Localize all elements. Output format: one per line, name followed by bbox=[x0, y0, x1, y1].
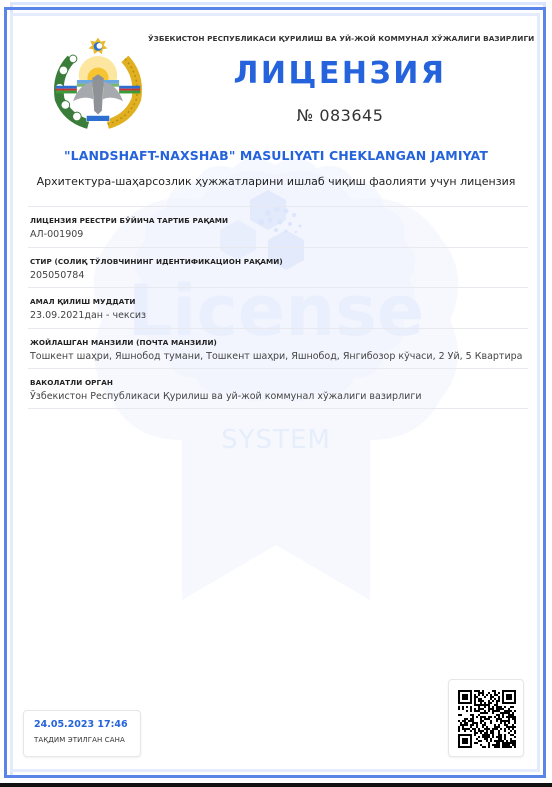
field-registry-number: ЛИЦЕНЗИЯ РЕЕСТРИ БЎЙИЧА ТАРТИБ РАҚАМИ АЛ… bbox=[28, 206, 528, 247]
field-label: ЛИЦЕНЗИЯ РЕЕСТРИ БЎЙИЧА ТАРТИБ РАҚАМИ bbox=[30, 216, 526, 225]
field-value: Тошкент шаҳри, Яшнобод тумани, Тошкент ш… bbox=[30, 351, 526, 362]
license-number: № 083645 bbox=[148, 106, 532, 125]
qr-code-icon[interactable] bbox=[458, 690, 516, 748]
company-name: "LANDSHAFT-NAXSHAB" MASULIYATI CHEKLANGA… bbox=[20, 148, 532, 163]
field-tin: СТИР (СОЛИҚ ТЎЛОВЧИНИНГ ИДЕНТИФИКАЦИОН Р… bbox=[28, 247, 528, 288]
field-value: Ўзбекистон Республикаси Қурилиш ва уй-жо… bbox=[30, 391, 526, 402]
field-label: АМАЛ ҚИЛИШ МУДДАТИ bbox=[30, 297, 526, 306]
bottom-edge bbox=[0, 783, 552, 787]
submitted-date: 24.05.2023 17:46 bbox=[34, 719, 140, 730]
field-validity: АМАЛ ҚИЛИШ МУДДАТИ 23.09.2021дан - чекси… bbox=[28, 287, 528, 328]
qr-code-card[interactable] bbox=[448, 679, 524, 757]
submitted-date-card: 24.05.2023 17:46 ТАҚДИМ ЭТИЛГАН САНА bbox=[23, 710, 141, 757]
field-label: ВАКОЛАТЛИ ОРГАН bbox=[30, 378, 526, 387]
field-label: ЖОЙЛАШГАН МАНЗИЛИ (ПОЧТА МАНЗИЛИ) bbox=[30, 338, 526, 347]
license-fields: ЛИЦЕНЗИЯ РЕЕСТРИ БЎЙИЧА ТАРТИБ РАҚАМИ АЛ… bbox=[28, 206, 528, 409]
field-value: 23.09.2021дан - чексиз bbox=[30, 310, 526, 321]
field-value: АЛ-001909 bbox=[30, 229, 526, 240]
document-title: ЛИЦЕНЗИЯ bbox=[148, 56, 532, 91]
field-address: ЖОЙЛАШГАН МАНЗИЛИ (ПОЧТА МАНЗИЛИ) Тошкен… bbox=[28, 328, 528, 369]
submitted-date-label: ТАҚДИМ ЭТИЛГАН САНА bbox=[34, 736, 140, 744]
ministry-name: ЎЗБЕКИСТОН РЕСПУБЛИКАСИ ҚУРИЛИШ ВА УЙ-ЖО… bbox=[148, 34, 532, 43]
field-label: СТИР (СОЛИҚ ТЎЛОВЧИНИНГ ИДЕНТИФИКАЦИОН Р… bbox=[30, 257, 526, 266]
state-emblem-icon bbox=[50, 30, 146, 130]
license-purpose: Архитектура-шаҳарсозлик ҳужжатларини ишл… bbox=[20, 175, 532, 188]
field-authority: ВАКОЛАТЛИ ОРГАН Ўзбекистон Республикаси … bbox=[28, 368, 528, 409]
field-value: 205050784 bbox=[30, 270, 526, 281]
